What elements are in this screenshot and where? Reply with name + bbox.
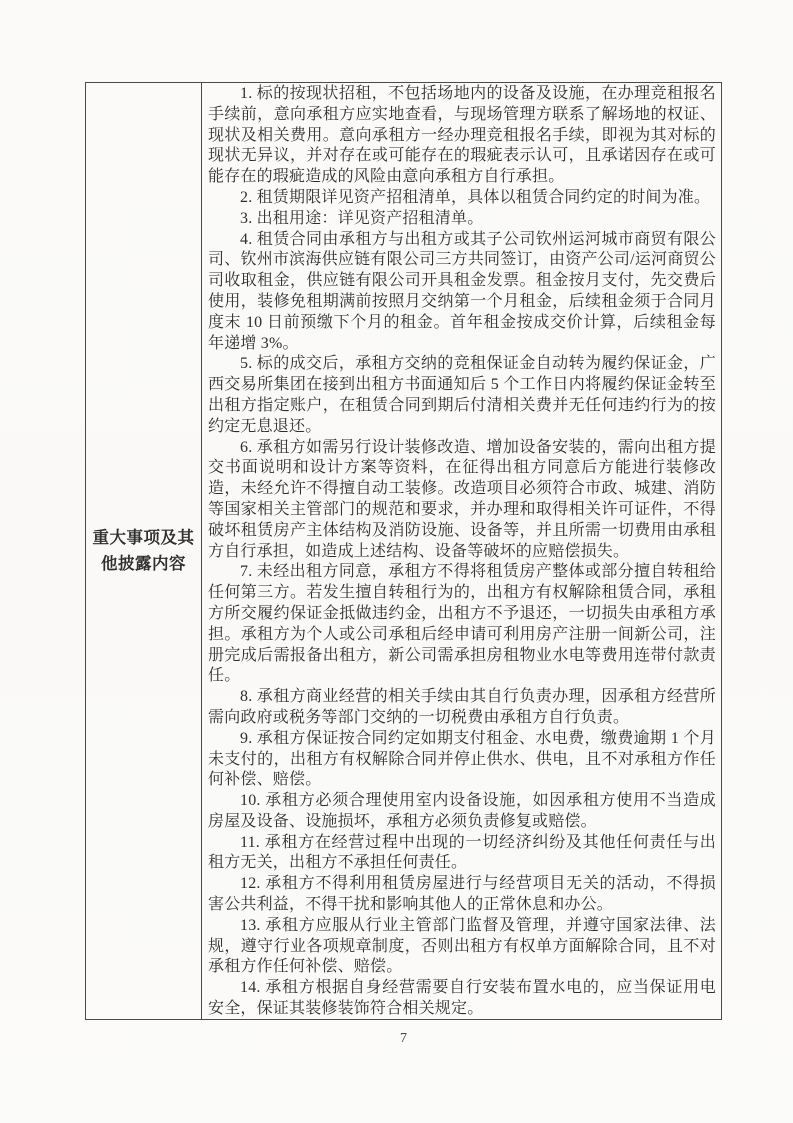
disclosure-item-13: 13. 承租方应服从行业主管部门监督及管理，并遵守国家法律、法规，遵守行业各项规… [208, 916, 716, 978]
row-content-cell: 1. 标的按现状招租，不包括场地内的设备及设施，在办理竞租报名手续前，意向承租方… [202, 83, 721, 1019]
disclosure-item-10: 10. 承租方必须合理使用室内设备设施，如因承租方使用不当造成房屋及设备、设施损… [208, 791, 716, 833]
scanned-document-page: 重大事项及其他披露内容 1. 标的按现状招租，不包括场地内的设备及设施，在办理竞… [0, 0, 793, 1123]
disclosure-item-2: 2. 租赁期限详见资产招租清单，具体以租赁合同约定的时间为准。 [208, 188, 716, 209]
disclosure-item-8: 8. 承租方商业经营的相关手续由其自行负责办理，因承租方经营所需向政府或税务等部… [208, 687, 716, 729]
disclosure-item-7: 7. 未经出租方同意，承租方不得将租赁房产整体或部分擅自转租给任何第三方。若发生… [208, 562, 716, 687]
disclosure-item-9: 9. 承租方保证按合同约定如期支付租金、水电费，缴费逾期 1 个月未支付的，出租… [208, 729, 716, 791]
disclosure-item-3: 3. 出租用途：详见资产招租清单。 [208, 209, 716, 230]
disclosure-item-12: 12. 承租方不得利用租赁房屋进行与经营项目无关的活动，不得损害公共利益，不得干… [208, 874, 716, 916]
row-header-cell: 重大事项及其他披露内容 [86, 83, 202, 1019]
row-header-label: 重大事项及其他披露内容 [92, 525, 195, 577]
disclosure-item-14: 14. 承租方根据自身经营需要自行安装布置水电的，应当保证用电安全，保证其装修装… [208, 978, 716, 1019]
page-number: 7 [85, 1031, 722, 1047]
disclosure-item-1: 1. 标的按现状招租，不包括场地内的设备及设施，在办理竞租报名手续前，意向承租方… [208, 84, 716, 188]
disclosure-item-6: 6. 承租方如需另行设计装修改造、增加设备安装的，需向出租方提交书面说明和设计方… [208, 438, 716, 563]
disclosure-item-11: 11. 承租方在经营过程中出现的一切经济纠纷及其他任何责任与出租方无关，出租方不… [208, 833, 716, 875]
disclosure-item-4: 4. 租赁合同由承租方与出租方或其子公司钦州运河城市商贸有限公司、钦州市滨海供应… [208, 230, 716, 355]
disclosure-item-5: 5. 标的成交后，承租方交纳的竞租保证金自动转为履约保证金，广西交易所集团在接到… [208, 354, 716, 437]
disclosure-table: 重大事项及其他披露内容 1. 标的按现状招租，不包括场地内的设备及设施，在办理竞… [85, 82, 722, 1020]
